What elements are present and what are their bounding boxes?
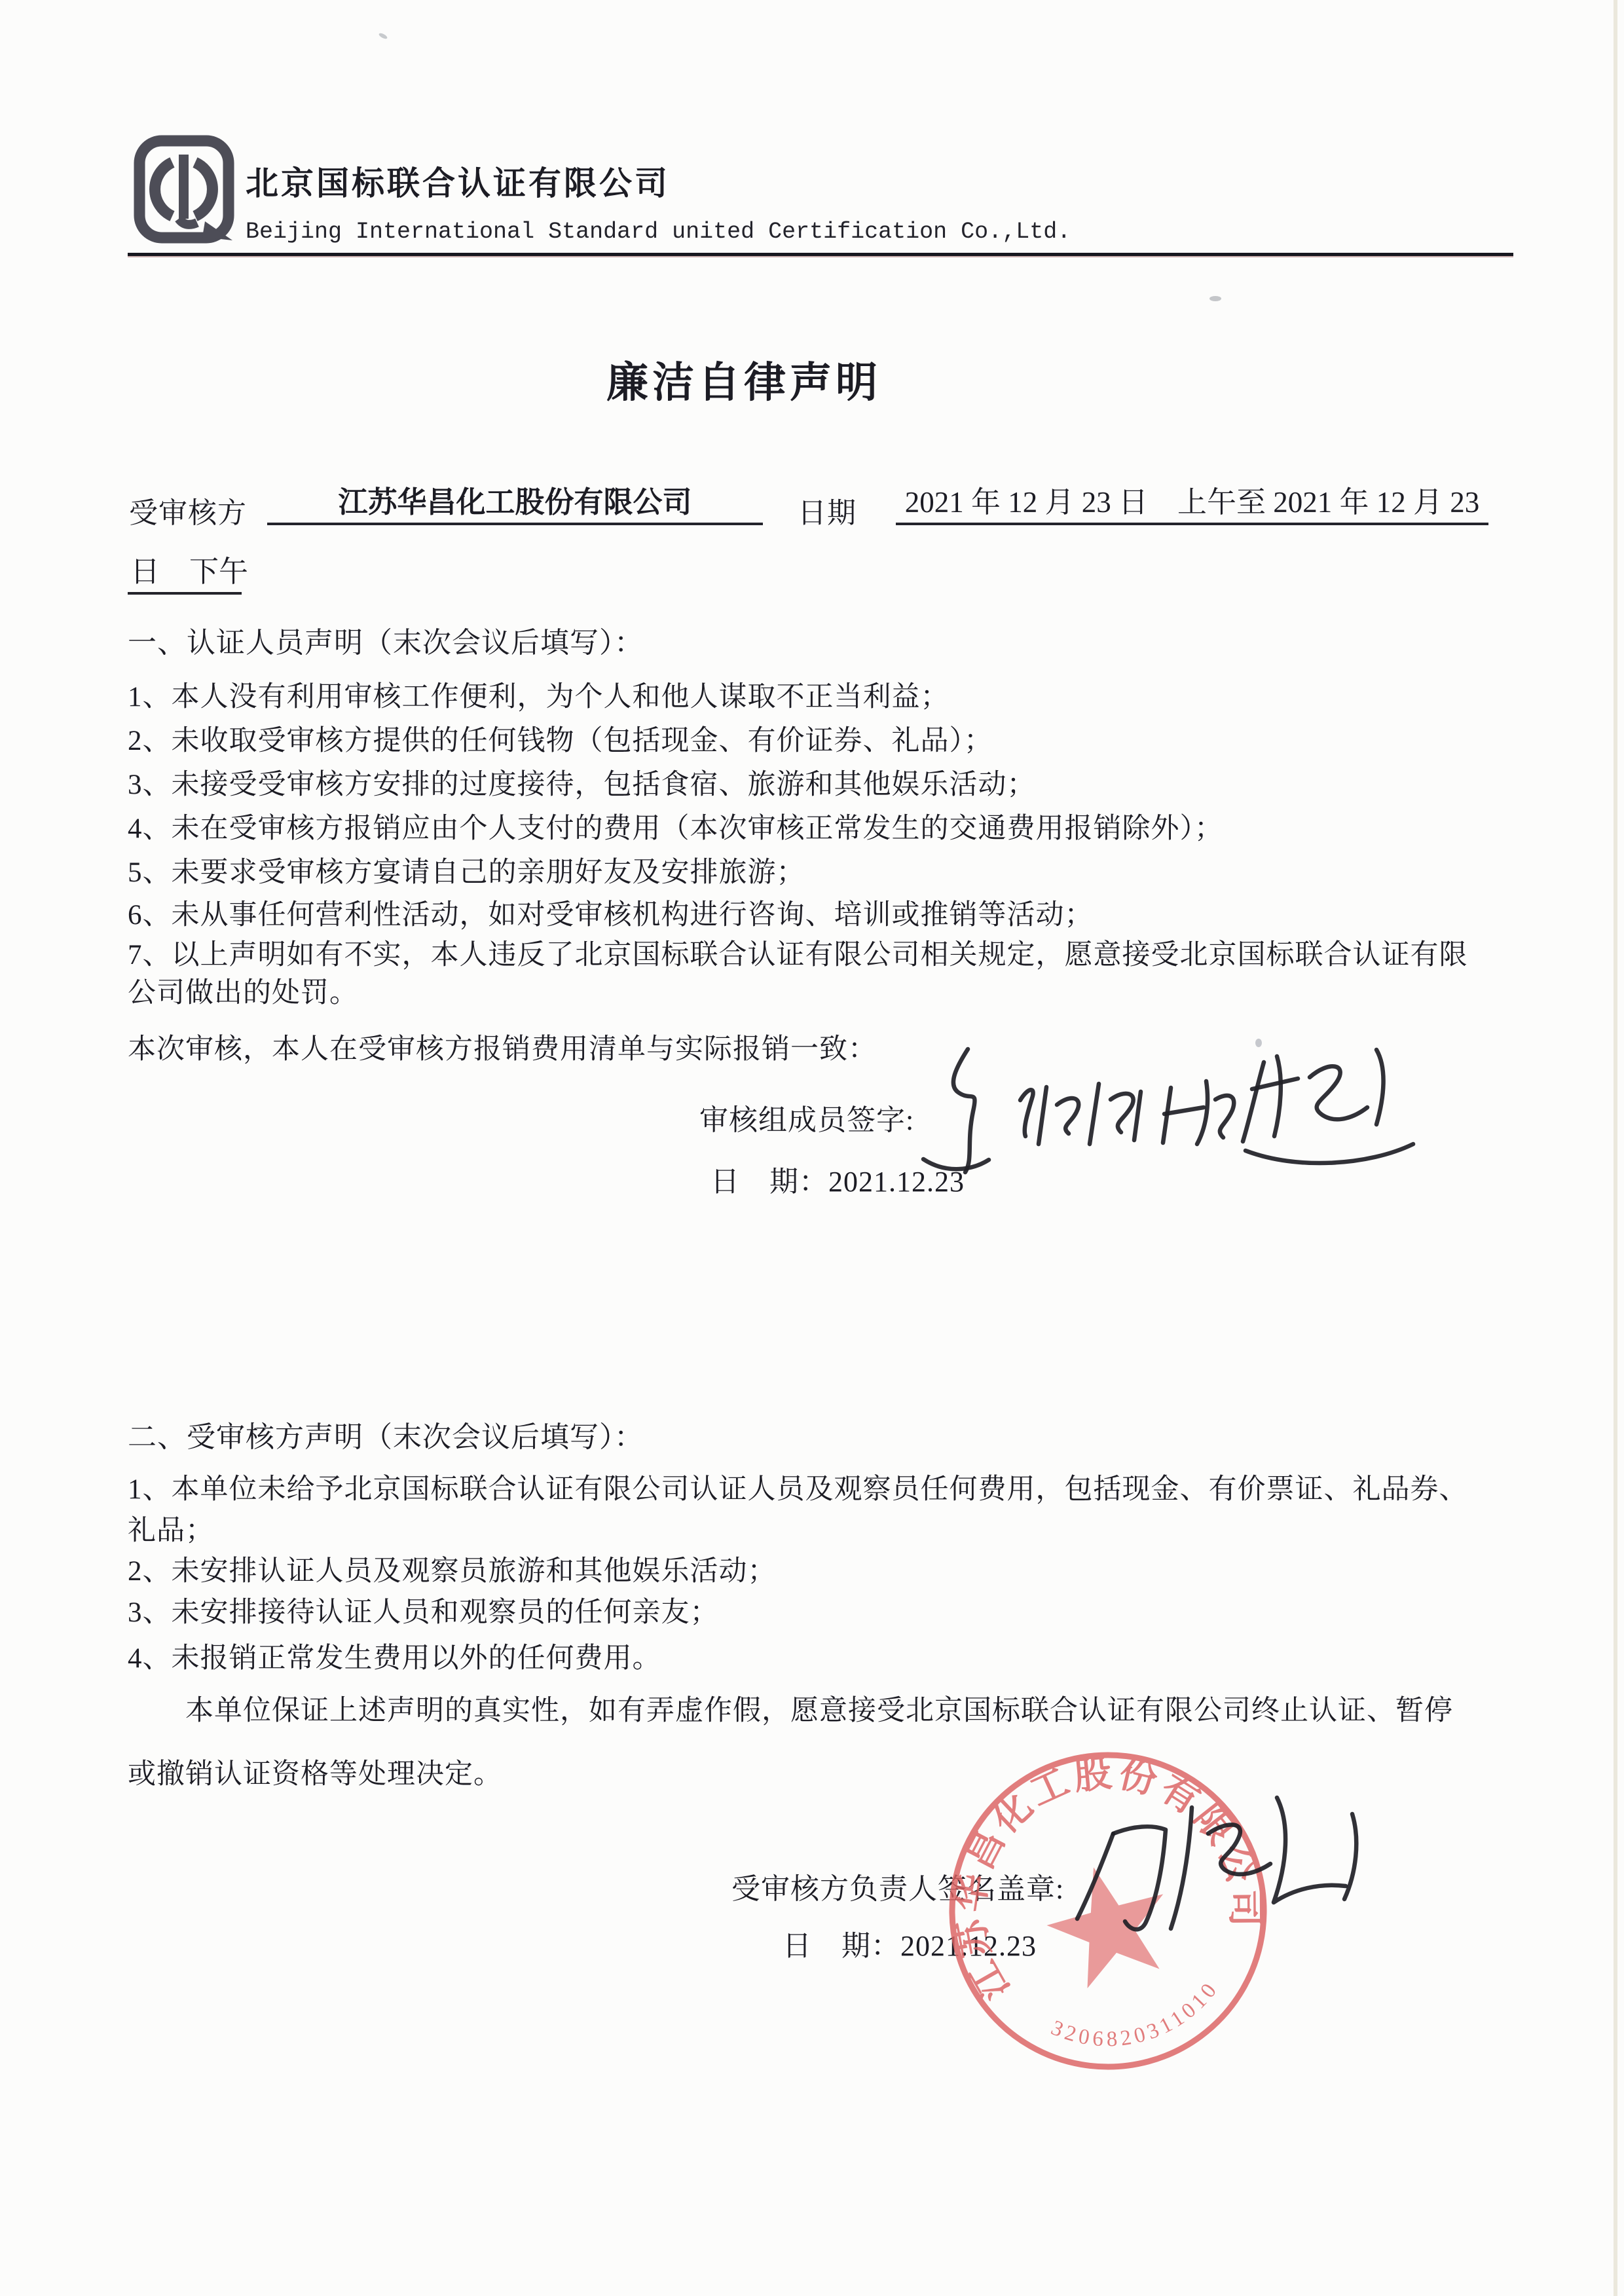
date-label: 日期 <box>798 489 857 531</box>
scan-edge-shadow <box>1614 0 1617 2296</box>
auditee-label: 受审核方 <box>129 489 247 531</box>
company-name-cn: 北京国标联合认证有限公司 <box>246 157 670 204</box>
audit-team-date-line: 日 期：2021.12.23 <box>710 1158 965 1200</box>
header-divider <box>128 253 1513 256</box>
section1-heading: 一、认证人员声明（末次会议后填写）： <box>128 619 644 661</box>
section1-item-7-line2: 公司做出的处罚。 <box>128 971 358 1010</box>
document-title: 廉洁自律声明 <box>606 349 881 409</box>
section2-item-1-line2: 礼品； <box>128 1508 214 1548</box>
section1-item-6: 6、未从事任何营利性活动，如对受审核机构进行咨询、培训或推销等活动； <box>128 893 1094 933</box>
section1-item-7-line1: 7、以上声明如有不实，本人违反了北京国标联合认证有限公司相关规定，愿意接受北京国… <box>128 933 1468 972</box>
section1-closing: 本次审核，本人在受审核方报销费用清单与实际报销一致： <box>128 1027 877 1067</box>
section2-pledge-line1: 本单位保证上述声明的真实性，如有弄虚作假，愿意接受北京国标联合认证有限公司终止认… <box>185 1688 1453 1728</box>
seal-code-text: 3206820311010 <box>1043 1972 1232 2070</box>
svg-text:3206820311010: 3206820311010 <box>1043 1972 1232 2070</box>
date-value-field-line2: 日 下午 <box>128 554 242 595</box>
section2-item-1-line1: 1、本单位未给予北京国标联合认证有限公司认证人员及观察员任何费用，包括现金、有价… <box>128 1467 1468 1507</box>
auditee-leader-signature-handwriting <box>1067 1781 1408 1958</box>
section1-item-4: 4、未在受审核方报销应由个人支付的费用（本次审核正常发生的交通费用报销除外）； <box>128 806 1223 846</box>
section2-item-3: 3、未安排接待认证人员和观察员的任何亲友； <box>128 1590 719 1630</box>
section2-pledge-line2: 或撤销认证资格等处理决定。 <box>128 1752 502 1792</box>
company-logo-icon <box>133 135 235 244</box>
audit-team-signatures-handwriting <box>910 1031 1434 1185</box>
scan-speck <box>1209 296 1221 301</box>
section1-item-3: 3、未接受受审核方安排的过度接待，包括食宿、旅游和其他娱乐活动； <box>128 762 1036 802</box>
section2-item-4: 4、未报销正常发生费用以外的任何费用。 <box>128 1636 661 1676</box>
company-name-en: Beijing International Standard united Ce… <box>246 219 1071 245</box>
section1-item-2: 2、未收取受审核方提供的任何钱物（包括现金、有价证券、礼品）； <box>128 718 993 758</box>
section2-heading: 二、受审核方声明（末次会议后填写）： <box>128 1413 644 1455</box>
audit-team-date-label: 日 期： <box>710 1166 828 1198</box>
section1-item-5: 5、未要求受审核方宴请自己的亲朋好友及安排旅游； <box>128 850 805 890</box>
audit-team-sign-label: 审核组成员签字: <box>699 1096 914 1138</box>
scanned-document-page: 北京国标联合认证有限公司 Beijing International Stand… <box>0 0 1624 2296</box>
audit-team-date-value: 2021.12.23 <box>828 1166 965 1198</box>
scan-speck <box>378 32 388 40</box>
date-value-field-line1: 2021 年 12 月 23 日 上午至 2021 年 12 月 23 <box>896 485 1488 525</box>
section2-item-2: 2、未安排认证人员及观察员旅游和其他娱乐活动； <box>128 1549 777 1589</box>
section1-item-1: 1、本人没有利用审核工作便利，为个人和他人谋取不正当利益； <box>128 675 950 714</box>
scan-speck <box>1255 1039 1262 1047</box>
auditee-date-label: 日 期： <box>783 1930 900 1962</box>
auditee-value-field: 江苏华昌化工股份有限公司 <box>267 485 763 525</box>
